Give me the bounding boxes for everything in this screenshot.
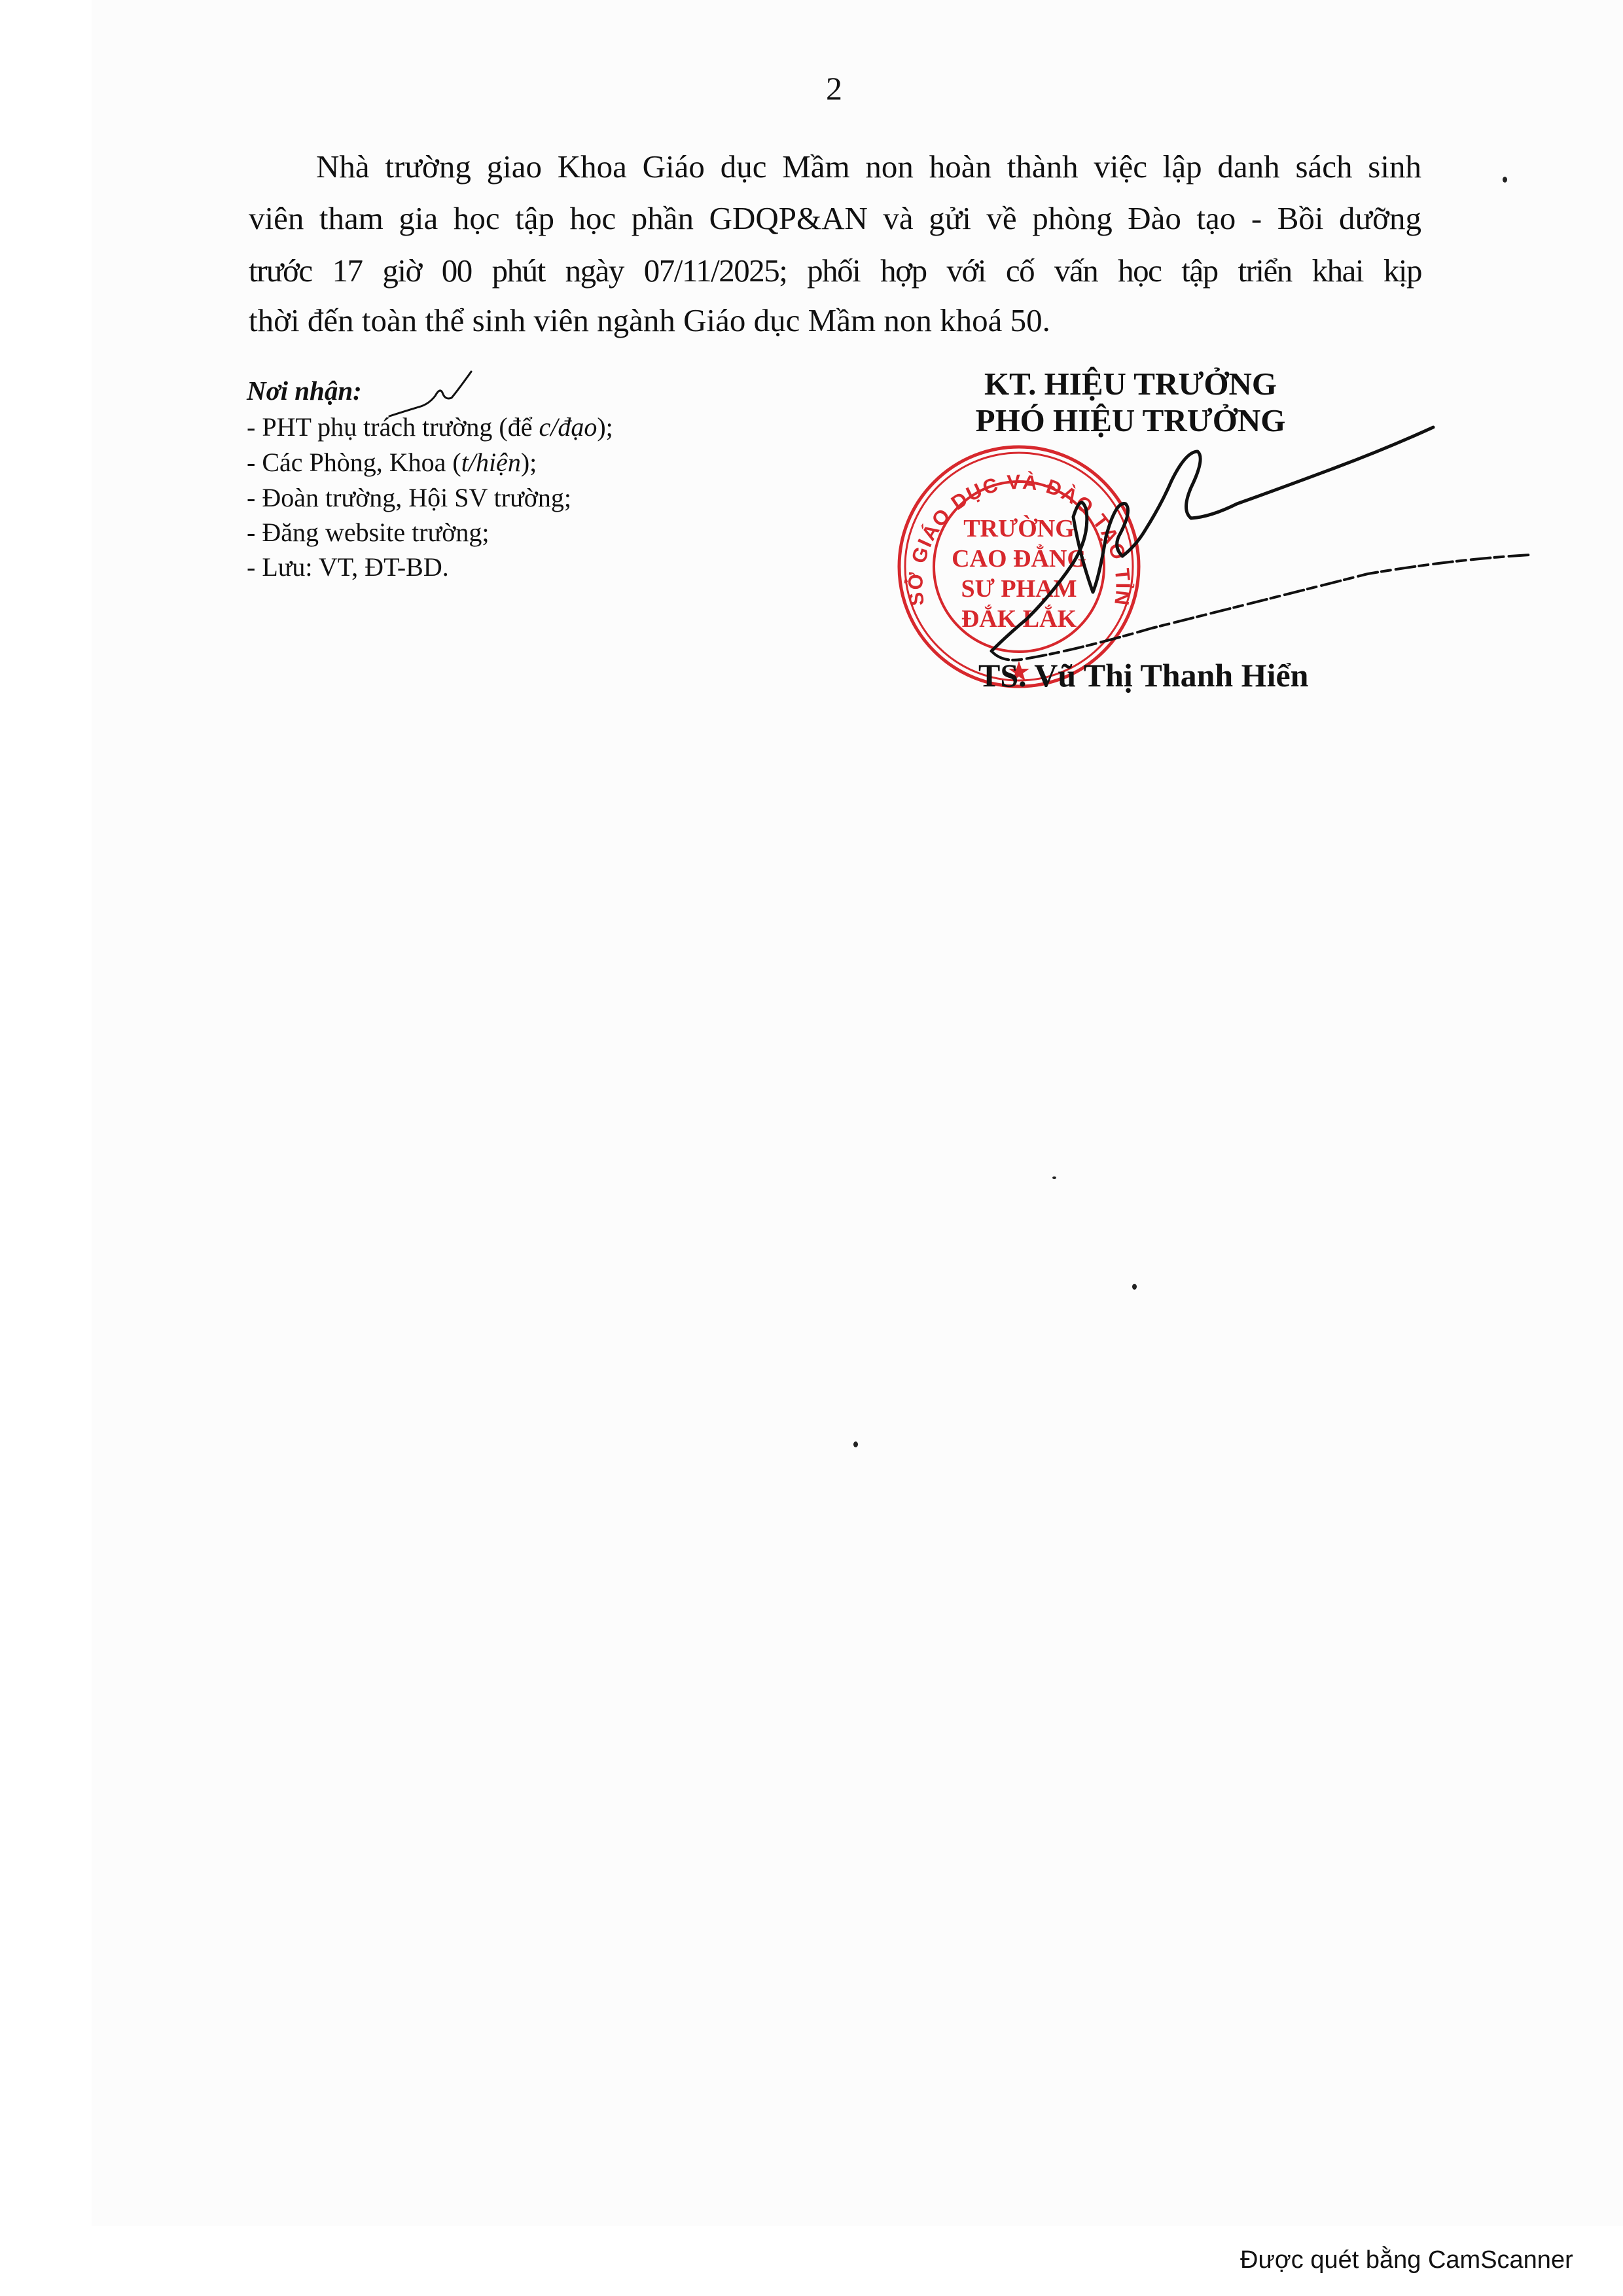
signer-name: TS. Vũ Thị Thanh Hiển (978, 657, 1308, 694)
scanner-watermark: Được quét bằng CamScanner (1240, 2246, 1573, 2274)
recipient-item: - Đăng website trường; (247, 516, 490, 549)
body-line-3: trước 17 giờ 00 phút ngày 07/11/2025; ph… (249, 253, 1421, 289)
scan-speck (1132, 1284, 1137, 1290)
recipient-item: - Lưu: VT, ĐT-BD. (247, 551, 449, 584)
recipient-item: - Đoàn trường, Hội SV trường; (247, 482, 571, 514)
scan-speck (1052, 1176, 1056, 1179)
recipients-title: Nơi nhận: (247, 374, 362, 407)
signer-position-line: PHÓ HIỆU TRƯỞNG (975, 402, 1286, 439)
page-number: 2 (826, 72, 842, 105)
body-line-4: thời đến toàn thể sinh viên ngành Giáo d… (249, 302, 1421, 339)
signer-authority-line: KT. HIỆU TRƯỞNG (975, 366, 1286, 402)
scan-speck (1503, 177, 1507, 183)
scan-speck (853, 1441, 858, 1447)
body-line-2: viên tham gia học tập học phần GDQP&AN v… (249, 200, 1421, 237)
body-line-1: Nhà trường giao Khoa Giáo dục Mầm non ho… (316, 149, 1421, 185)
recipient-item: - Các Phòng, Khoa (t/hiện); (247, 446, 537, 479)
recipient-item: - PHT phụ trách trường (để c/đạo); (247, 411, 613, 444)
